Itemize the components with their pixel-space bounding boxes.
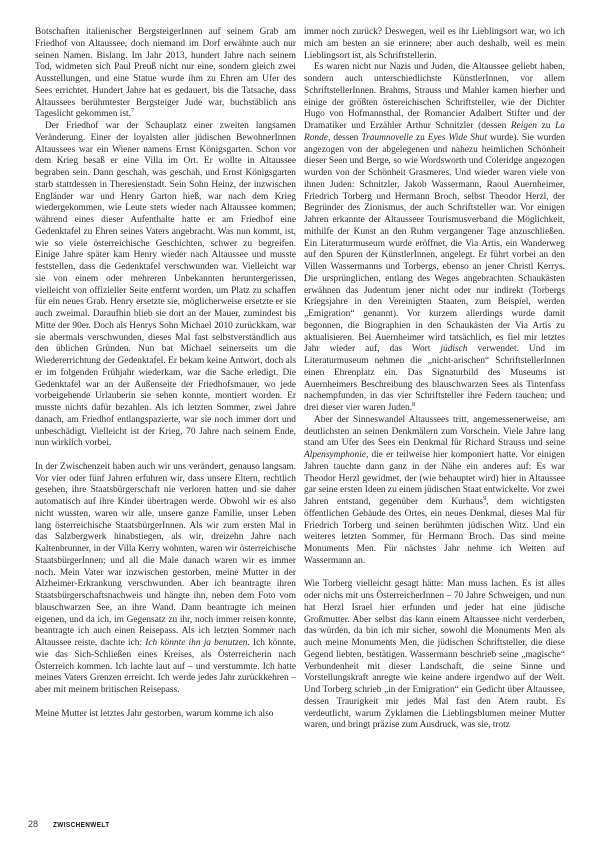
text-segment: Traumnovelle <box>361 133 413 143</box>
text-segment: , dessen <box>328 133 361 143</box>
footnote-marker: 7 <box>131 107 134 114</box>
footnote-marker: 8 <box>412 401 415 408</box>
text-segment: Meine Mutter ist letztes Jahr gestorben,… <box>35 709 273 719</box>
text-segment: zu <box>413 133 428 143</box>
text-segment: Botschaften italienischer BergsteigerInn… <box>35 27 296 119</box>
paragraph: immer noch zurück? Deswegen, weil es ihr… <box>304 27 565 62</box>
text-column-right: immer noch zurück? Deswegen, weil es ihr… <box>304 27 565 732</box>
text-segment: Alpensymphonie <box>304 450 366 460</box>
paragraph: Der Friedhof war der Schauplatz einer zw… <box>35 121 296 450</box>
paragraph: Meine Mutter ist letztes Jahr gestorben,… <box>35 709 296 721</box>
page-footer: 28 ZWISCHENWELT <box>28 819 114 829</box>
text-segment: Wie Torberg vielleicht gesagt hätte: Man… <box>304 579 565 730</box>
text-segment: immer noch zurück? Deswegen, weil es ihr… <box>304 27 565 61</box>
text-segment: jüdisch <box>440 344 467 354</box>
paragraph: In der Zwischenzeit haben auch wir uns v… <box>35 462 296 697</box>
text-segment: Aber der Sinneswandel Altaussees tritt, … <box>304 415 565 449</box>
text-segment: Der Friedhof war der Schauplatz einer zw… <box>35 121 296 448</box>
paragraph: Aber der Sinneswandel Altaussees tritt, … <box>304 415 565 568</box>
paragraph: Wie Torberg vielleicht gesagt hätte: Man… <box>304 579 565 732</box>
text-segment: Ich könnte ihn ja benutzen <box>145 638 247 648</box>
text-segment: wurde). Sie wurden angezogen von der abg… <box>304 133 565 355</box>
page-number: 28 <box>28 819 38 829</box>
text-segment: Reigen <box>511 121 537 131</box>
text-segment: , dem wichtigsten öffentlichen Gebäude d… <box>304 497 565 566</box>
paragraph: Botschaften italienischer BergsteigerInn… <box>35 27 296 121</box>
text-segment: Eyes Wide Shut <box>428 133 487 143</box>
text-segment: zu <box>537 121 555 131</box>
text-segment: verwendet. Und im Literaturmuseum nehmen… <box>304 344 565 413</box>
text-column-left: Botschaften italienischer BergsteigerInn… <box>35 27 296 720</box>
journal-name: ZWISCHENWELT <box>53 822 110 829</box>
journal-page: Botschaften italienischer BergsteigerInn… <box>0 0 600 849</box>
text-segment: In der Zwischenzeit haben auch wir uns v… <box>35 462 296 648</box>
paragraph: Es waren nicht nur Nazis und Juden, die … <box>304 62 565 415</box>
